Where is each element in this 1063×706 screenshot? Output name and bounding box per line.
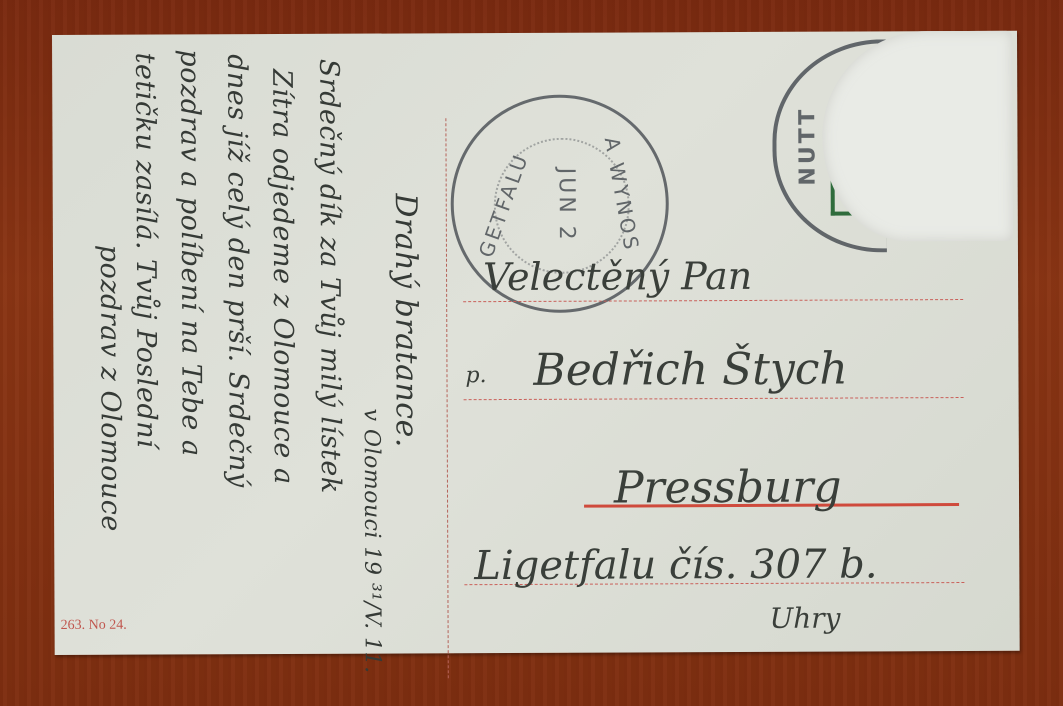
message-line: dnes jíž celý den prší. Srdečný: [221, 54, 254, 488]
message-line: pozdrav a políbení na Tebe a: [174, 49, 207, 456]
postcard: Drahý bratance. v Olomouci 19 ³¹/V. 11. …: [52, 31, 1020, 655]
address-city: Pressburg: [614, 462, 842, 514]
torn-stamp-area: [822, 31, 1013, 242]
address-line-2: [464, 397, 964, 400]
place-date: v Olomouci 19 ³¹/V. 11.: [359, 409, 385, 674]
postmark-partial-text: NUTT: [795, 107, 820, 186]
postmark-date: JUN 2: [554, 168, 579, 243]
address-name-prefix: p.: [465, 363, 486, 388]
address-country: Uhry: [769, 602, 840, 635]
message-line: tetičku zasílá. Tvůj Poslední: [129, 53, 162, 449]
center-divider: [445, 118, 448, 678]
greeting: Drahý bratance.: [388, 193, 424, 448]
address-street: Ligetfalu čís. 307 b.: [474, 541, 877, 589]
address-salutation: Velectěný Pan: [483, 254, 752, 299]
publisher-imprint: 263. No 24.: [61, 618, 127, 634]
address-name: Bedřich Štych: [533, 344, 848, 396]
message-line: Srdečný dík za Tvůj milý lístek: [313, 59, 346, 494]
message-line: pozdrav z Olomouce: [94, 245, 126, 532]
message-line: Zítra odjedeme z Olomouce a: [266, 69, 299, 485]
